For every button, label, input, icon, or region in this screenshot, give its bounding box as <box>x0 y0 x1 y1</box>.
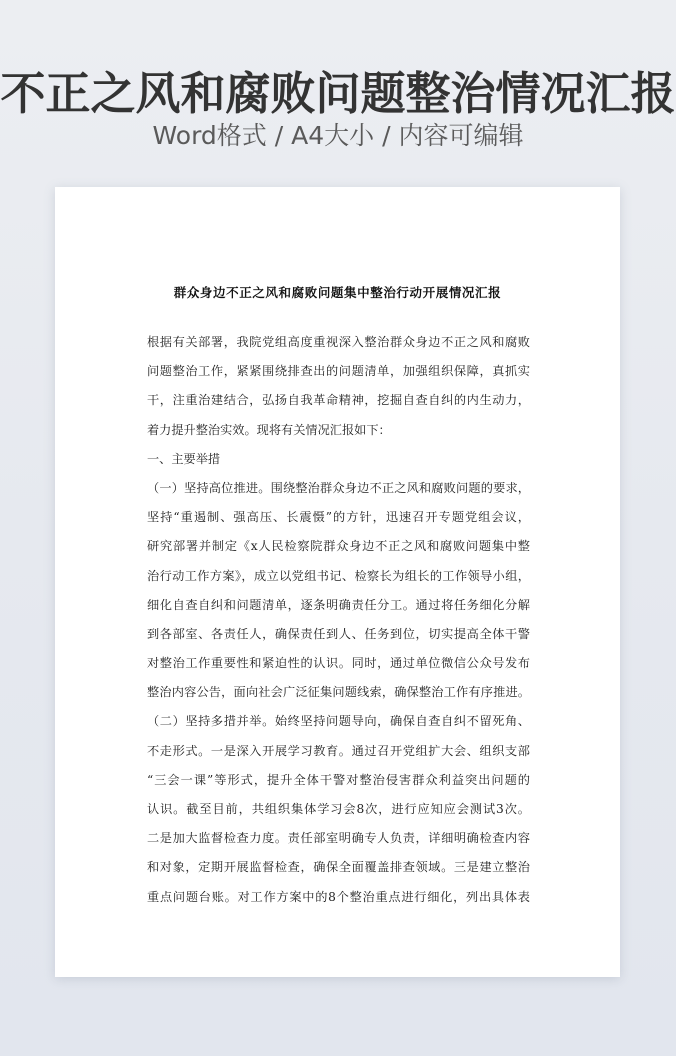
paragraph-line: 细化自查自纠和问题清单，逐条明确责任分工。通过将任务细化分解 <box>147 591 530 620</box>
paragraph-line: 研究部署并制定《x人民检察院群众身边不正之风和腐败问题集中整 <box>147 532 530 561</box>
paragraph-line: “三会一课”等形式，提升全体干警对整治侵害群众利益突出问题的 <box>147 766 530 795</box>
paragraph-line: 到各部室、各责任人，确保责任到人、任务到位，切实提高全体干警 <box>147 620 530 649</box>
paragraph-line: 着力提升整治实效。现将有关情况汇报如下： <box>147 416 530 445</box>
document-page: 群众身边不正之风和腐败问题集中整治行动开展情况汇报 根据有关部署，我院党组高度重… <box>55 187 620 977</box>
paragraph-line: 二是加大监督检查力度。责任部室明确专人负责，详细明确检查内容 <box>147 824 530 853</box>
paragraph-line: 问题整治工作，紧紧围绕排查出的问题清单，加强组织保障，真抓实 <box>147 357 530 386</box>
section-heading: 一、主要举措 <box>147 445 530 474</box>
paragraph-line: 和对象，定期开展监督检查，确保全面覆盖排查领域。三是建立整治 <box>147 853 530 882</box>
paragraph-line: 坚持“重遏制、强高压、长震慑”的方针，迅速召开专题党组会议， <box>147 503 530 532</box>
paragraph-line: （一）坚持高位推进。围绕整治群众身边不正之风和腐败问题的要求， <box>147 474 530 503</box>
document-title: 群众身边不正之风和腐败问题集中整治行动开展情况汇报 <box>55 283 620 301</box>
document-body: 根据有关部署，我院党组高度重视深入整治群众身边不正之风和腐败 问题整治工作，紧紧… <box>147 328 530 912</box>
paragraph-line: （二）坚持多措并举。始终坚持问题导向，确保自查自纠不留死角、 <box>147 707 530 736</box>
paragraph-line: 治行动工作方案》，成立以党组书记、检察长为组长的工作领导小组， <box>147 562 530 591</box>
paragraph-line: 重点问题台账。对工作方案中的8个整治重点进行细化，列出具体表 <box>147 883 530 912</box>
paragraph-line: 认识。截至目前，共组织集体学习会8次，进行应知应会测试3次。 <box>147 795 530 824</box>
banner-title: 不正之风和腐败问题整治情况汇报 <box>0 66 676 122</box>
banner-subtitle: Word格式 / A4大小 / 内容可编辑 <box>0 118 676 154</box>
paragraph-line: 整治内容公告，面向社会广泛征集问题线索，确保整治工作有序推进。 <box>147 678 530 707</box>
paragraph-line: 根据有关部署，我院党组高度重视深入整治群众身边不正之风和腐败 <box>147 328 530 357</box>
paragraph-line: 对整治工作重要性和紧迫性的认识。同时，通过单位微信公众号发布 <box>147 649 530 678</box>
paragraph-line: 干，注重治建结合，弘扬自我革命精神，挖掘自查自纠的内生动力， <box>147 386 530 415</box>
paragraph-line: 不走形式。一是深入开展学习教育。通过召开党组扩大会、组织支部 <box>147 737 530 766</box>
